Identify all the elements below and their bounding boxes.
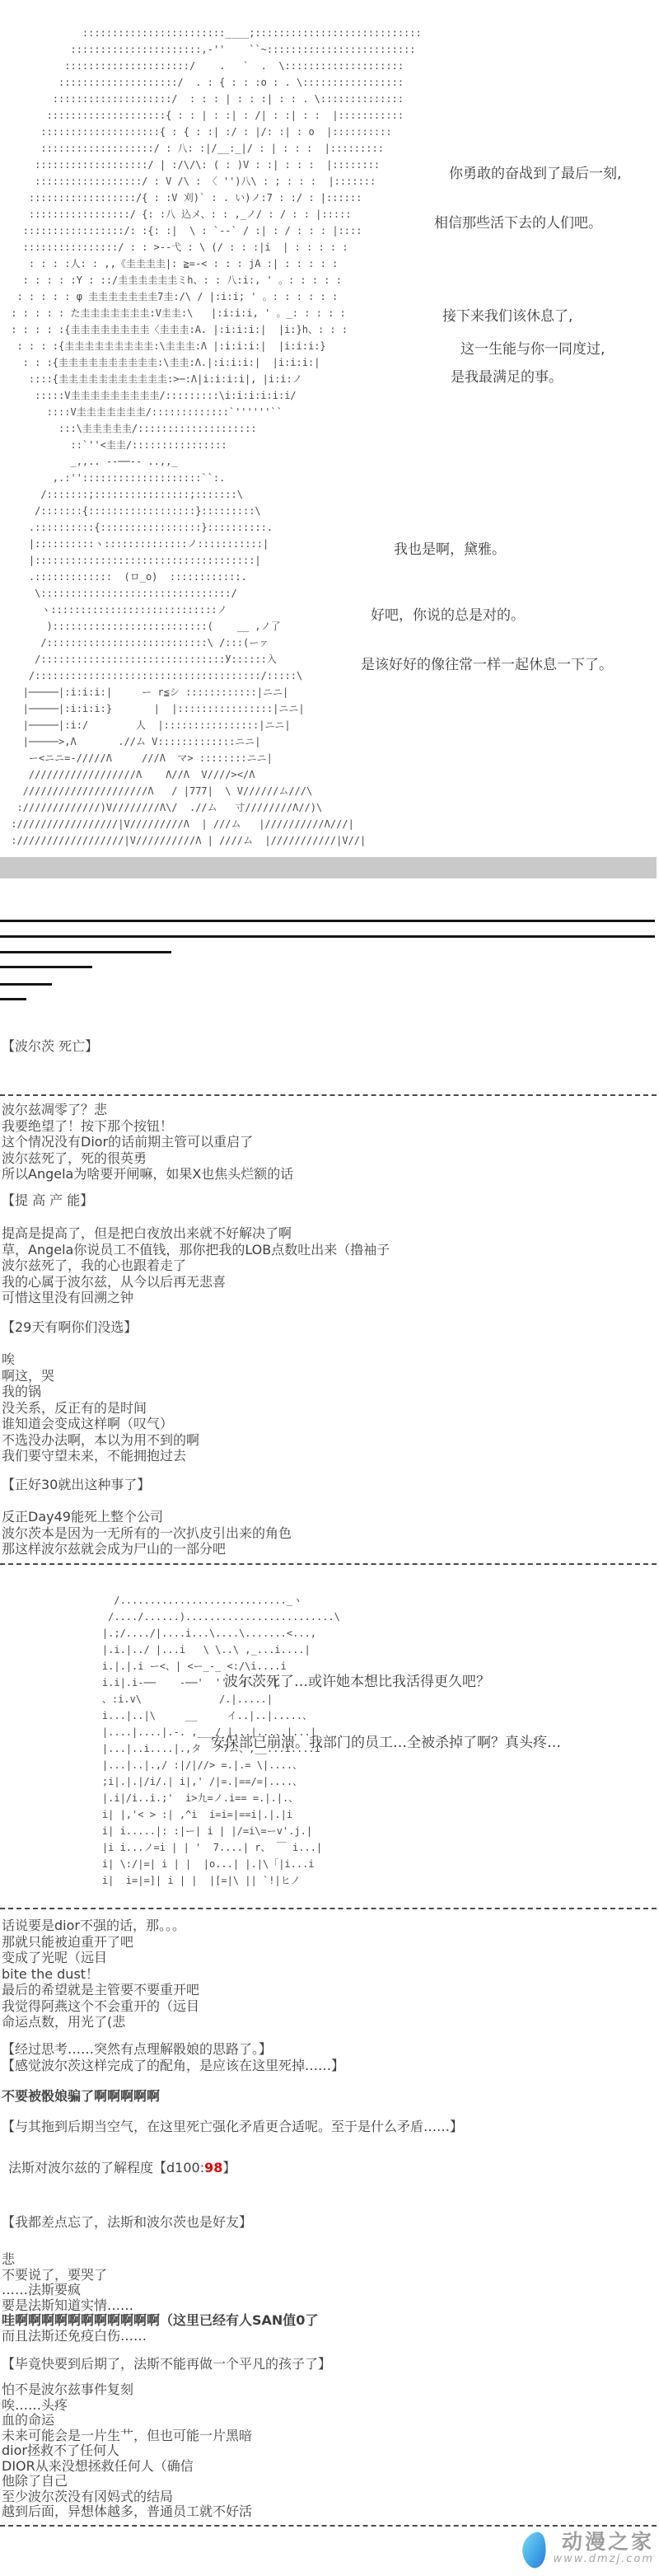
dialogue-line: 是该好好的像往常一样一起休息一下了。	[361, 653, 613, 673]
comment-line: dior拯救不了任何人	[2, 2443, 252, 2459]
comment-line: 越到后面，异想体越多，普通员工就不好活	[2, 2504, 252, 2520]
comment-line: 谁知道会变成这样啊（叹气）	[2, 1416, 199, 1432]
watermark-site-name: 动漫之家	[554, 2532, 654, 2553]
dialogue-line: 这一生能与你一同度过,	[460, 337, 605, 358]
comment-line: 他除了自己	[2, 2474, 252, 2489]
dashed-divider	[0, 1563, 657, 1565]
dialogue-line: 相信那些活下去的人们吧。	[434, 211, 602, 232]
section-header-day30: 【正好30就出这种事了】	[2, 1477, 150, 1493]
comment-line: 哇啊啊啊啊啊啊啊啊啊啊啊（这里已经有人SAN值0了	[2, 2313, 318, 2329]
divider-line	[0, 935, 655, 938]
author-note-line: 【我都差点忘了，法斯和波尔茨也是好友】	[2, 2214, 252, 2231]
comment-line: 而且法斯还免疫白伤……	[2, 2329, 318, 2344]
comment-line: ……法斯要疯	[2, 2283, 318, 2298]
comment-line: 血的命运	[2, 2413, 252, 2428]
divider-line	[0, 966, 92, 968]
comment-line: 这个情况没有Dior的话前期主管可以重启了	[2, 1134, 293, 1150]
comic-page: ::::::::::::::::::::::::____;:::::::::::…	[0, 0, 659, 2576]
author-note-line: 【毕竟快要到后期了，法斯不能再做一个平凡的孩子了】	[2, 2356, 331, 2372]
dice-roll-line: 法斯对波尔兹的了解程度【d100:98】	[8, 2160, 236, 2176]
comment-line: 唉……头疼	[2, 2398, 252, 2414]
comment-line: 我的锅	[2, 1384, 199, 1400]
comment-line: 我觉得阿燕这个不会重开的（远目	[2, 1998, 199, 2015]
comment-line: 不要说了，要哭了	[2, 2268, 318, 2283]
divider-line	[0, 998, 26, 1000]
gray-divider-band	[0, 857, 657, 878]
leaf-logo-icon	[518, 2531, 550, 2570]
dialogue-line: 我也是啊，黛雅。	[394, 537, 506, 558]
comments-block-productivity: 提高是提高了，但是把白夜放出来就不好解决了啊 草，Angela你说员工不值钱，那…	[2, 1225, 390, 1306]
comments-block-ending: 怕不是波尔兹事件复刻 唉……头疼 血的命运 未来可能会是一片生艹，但也可能一片黑…	[2, 2382, 252, 2520]
comment-line: 我要绝望了！按下那个按钮！	[2, 1118, 293, 1135]
divider-line	[0, 951, 171, 953]
dice-roll-label: 法斯对波尔兹的了解程度【d100:	[8, 2160, 204, 2176]
comment-line: 啊这，哭	[2, 1368, 199, 1384]
comment-line: 命运点数，用光了(悲	[2, 2014, 199, 2030]
comment-line: 可惜这里没有回溯之钟	[2, 1290, 390, 1306]
comment-line: 提高是提高了，但是把白夜放出来就不好解决了啊	[2, 1225, 390, 1242]
comment-line: 我们要守望未来，不能拥抱过去	[2, 1448, 199, 1464]
dashed-divider	[0, 1094, 657, 1096]
comment-line: 那就只能被迫重开了吧	[2, 1934, 199, 1951]
comment-line: 波尔兹死了，我的心也跟着走了	[2, 1258, 390, 1274]
comment-line: 未来可能会是一片生艹，但也可能一片黑暗	[2, 2428, 252, 2444]
comment-line: 我的心属于波尔兹，从今以后再无悲喜	[2, 1274, 390, 1290]
comment-line: 变成了光呢（远目	[2, 1950, 199, 1966]
divider-line	[0, 983, 52, 986]
comment-line: 波尔兹死了，死的很英勇	[2, 1150, 293, 1167]
watermark-site-url: www.dmzj.com	[554, 2553, 654, 2566]
comment-line: 最后的希望就是主管要不要重开吧	[2, 1982, 199, 1998]
section-header-day29: 【29天有啊你们没选】	[2, 1319, 137, 1336]
comments-block-restart: 话说要是dior不强的话，那。。。 那就只能被迫重开了吧 变成了光呢（远目 bi…	[2, 1918, 199, 2030]
comment-line: 那这样波尔兹就会成为尸山的一部分吧	[2, 1541, 292, 1557]
dialogue-line: 接下来我们该休息了,	[442, 304, 573, 325]
dialogue-line: 是我最满足的事。	[451, 365, 563, 386]
comment-line: 怕不是波尔兹事件复刻	[2, 2382, 252, 2398]
comment-line: 所以Angela为啥要开闸嘛，如果X也焦头烂额的话	[2, 1166, 293, 1183]
author-note-line: 【感觉波尔茨这样完成了的配角，是应该在这里死掉……】	[2, 2058, 344, 2074]
comment-line: 至少波尔茨没有冈妈式的结局	[2, 2489, 252, 2505]
dice-roll-bracket: 】	[222, 2160, 236, 2176]
comments-block-death: 波尔兹凋零了？悲 我要绝望了！按下那个按钮！ 这个情况没有Dior的话前期主管可…	[2, 1102, 293, 1183]
comment-line: 不选没办法啊，本以为用不到的啊	[2, 1432, 199, 1449]
comment-line: bite the dust！	[2, 1966, 199, 1983]
comment-line: 唉	[2, 1351, 199, 1368]
comment-line: 草，Angela你说员工不值钱，那你把我的LOB点数吐出来（撸袖子	[2, 1242, 390, 1258]
dialogue-line: 你勇敢的奋战到了最后一刻,	[449, 162, 621, 182]
comments-block-fas: 悲 不要说了，要哭了 ……法斯要疯 要是法斯知道实情…… 哇啊啊啊啊啊啊啊啊啊啊…	[2, 2252, 318, 2344]
comment-line: DIOR从来没想拯救任何人（确信	[2, 2459, 252, 2475]
comments-block-day29: 唉 啊这，哭 我的锅 没关系，反正有的是时间 谁知道会变成这样啊（叹气） 不选没…	[2, 1351, 199, 1464]
dice-roll-result: 98	[204, 2160, 222, 2176]
site-watermark: 动漫之家 www.dmzj.com	[522, 2532, 654, 2568]
ascii-art-farewell-scene: ::::::::::::::::::::::::____;:::::::::::…	[5, 25, 422, 849]
dialogue-line: 波尔茨死了…或许她本想比我活得更久吧？	[224, 1670, 490, 1690]
author-note-block: 【经过思考……突然有点理解骰娘的思路了。】 【感觉波尔茨这样完成了的配角，是应该…	[2, 2041, 344, 2073]
comment-line: 话说要是dior不强的话，那。。。	[2, 1918, 199, 1934]
comment-line: 反正Day49能死上整个公司	[2, 1509, 292, 1525]
divider-line	[0, 920, 655, 922]
author-note-line: 【经过思考……突然有点理解骰娘的思路了。】	[2, 2041, 344, 2058]
author-note-line: 【与其拖到后期当空气，在这里死亡强化矛盾更合适呢。至于是什么矛盾……】	[2, 2119, 463, 2135]
comment-line: 波尔兹凋零了？悲	[2, 1102, 293, 1118]
dialogue-line: 安保部已崩溃。我部门的员工…全被杀掉了啊？真头疼…	[211, 1731, 561, 1751]
section-header-porz-death: 【波尔茨 死亡】	[2, 1038, 98, 1055]
comment-line: 要是法斯知道实情……	[2, 2298, 318, 2314]
section-header-productivity: 【提 高 产 能】	[2, 1192, 93, 1209]
comment-line: 波尔茨本是因为一无所有的一次扒皮引出来的角色	[2, 1525, 292, 1542]
comments-block-day30: 反正Day49能死上整个公司 波尔茨本是因为一无所有的一次扒皮引出来的角色 那这…	[2, 1509, 292, 1557]
dialogue-line: 好吧，你说的总是对的。	[371, 603, 525, 624]
dashed-divider	[0, 2525, 657, 2527]
comment-line: 悲	[2, 2252, 318, 2268]
comment-emphasized: 不要被骰娘骗了啊啊啊啊啊	[2, 2088, 160, 2105]
comment-line: 没关系，反正有的是时间	[2, 1400, 199, 1417]
dashed-divider	[0, 1908, 657, 1909]
